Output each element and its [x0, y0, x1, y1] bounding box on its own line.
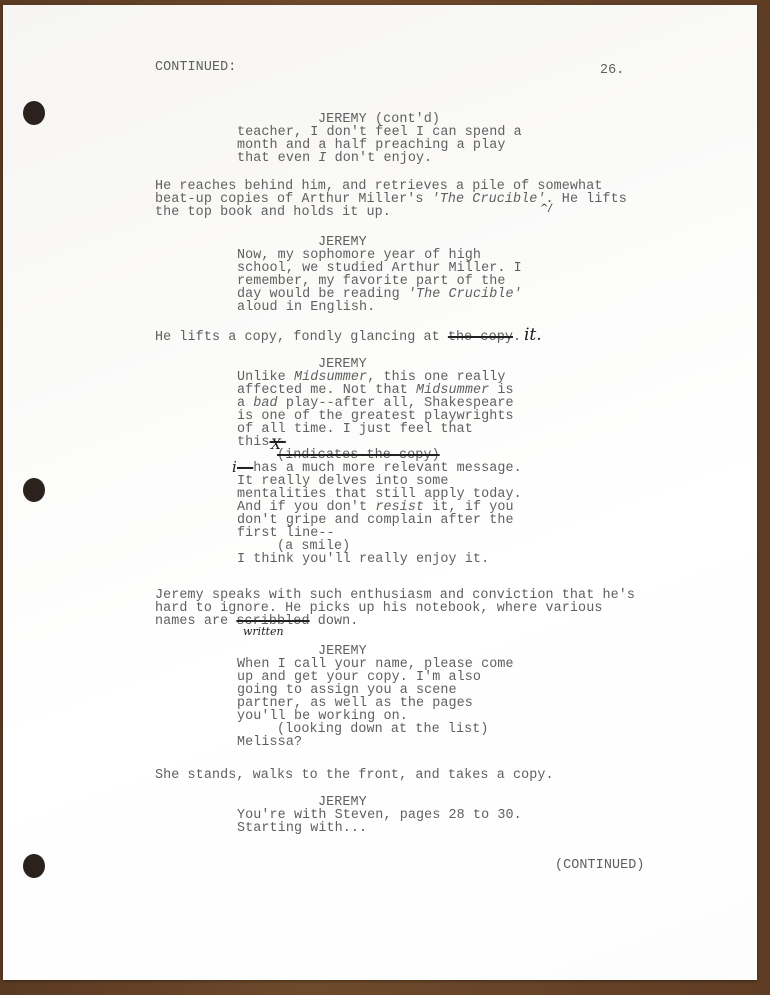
struck-text: the copy — [448, 330, 513, 345]
dialogue-line: Melissa? — [237, 736, 302, 749]
binder-hole — [23, 854, 45, 878]
page-number: 26. — [600, 64, 624, 77]
binder-hole — [23, 478, 45, 502]
continued-header: CONTINUED: — [155, 61, 236, 74]
parenthetical: (looking down at the list) — [277, 723, 489, 736]
handwritten-correction: it. — [524, 325, 542, 345]
dialogue-line: aloud in English. — [237, 301, 375, 314]
dialogue-line: Starting with... — [237, 822, 367, 835]
handwritten-caret: ^/ — [540, 203, 552, 214]
dialogue-line: that even I don't enjoy. — [237, 152, 432, 165]
script-page: CONTINUED: 26. JEREMY (cont'd) teacher, … — [3, 5, 757, 980]
action-line: She stands, walks to the front, and take… — [155, 769, 554, 782]
dialogue-line: I think you'll really enjoy it. — [237, 553, 489, 566]
action-line: the top book and holds it up. — [155, 206, 391, 219]
continued-footer: (CONTINUED) — [555, 859, 645, 872]
binder-hole — [23, 101, 45, 125]
handwritten-correction: written — [243, 625, 284, 638]
action-line: He lifts a copy, fondly glancing at the … — [155, 331, 521, 344]
